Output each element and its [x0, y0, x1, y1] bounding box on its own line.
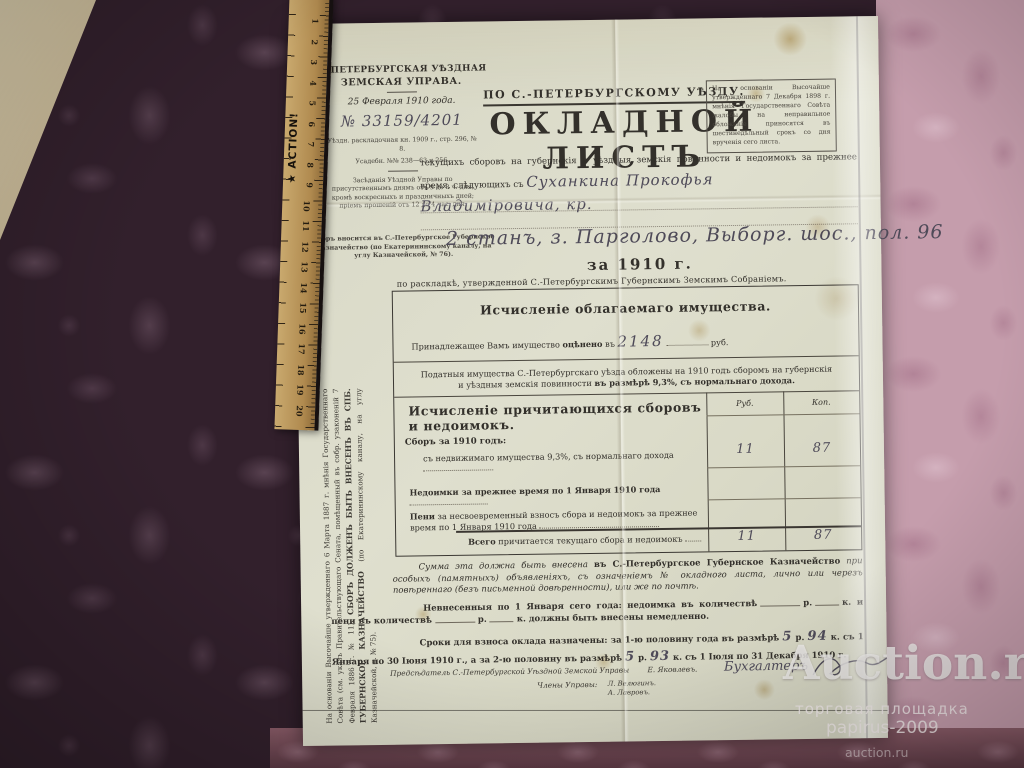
- dotted-leader: [685, 534, 701, 541]
- ruler-number: 1: [311, 18, 321, 24]
- assessment-rate-paragraph: Податныя имущества С.-Петербургскаго уѣз…: [419, 364, 834, 392]
- board-members-signature-line: Члены Управы: Л. Велюгинъ. А. Лавровъ.: [537, 679, 656, 698]
- total-kopecks: 87: [785, 527, 861, 543]
- ruler-number: 4: [309, 80, 319, 86]
- blank-field: [490, 614, 514, 622]
- ruler-number: 10: [301, 200, 311, 211]
- ruler-number: 18: [296, 364, 306, 375]
- property-value-handwritten: 2148: [617, 332, 663, 351]
- column-header-rubles: Руб.: [706, 398, 783, 408]
- ruler-number: 8: [306, 162, 316, 168]
- ruler-number: 9: [305, 182, 315, 188]
- total-row-label: Всего причитается текущаго сбора и недои…: [396, 533, 701, 547]
- blank-field: [815, 598, 839, 606]
- intro-paragraph: текущихъ сборовъ на губернскія и уѣздныя…: [420, 150, 858, 196]
- accountant-signature-flourish: [811, 652, 889, 681]
- dotted-leader: [423, 463, 493, 471]
- dues-row-current: съ недвижимаго имущества 9,3%, съ нормал…: [423, 449, 701, 473]
- ruler-brand: ★ ACTION!: [286, 112, 300, 184]
- photo-scene: С.-ПЕТЕРБУРГСКАЯ УѢЗДНАЯ ЗЕМСКАЯ УПРАВА.…: [0, 0, 1024, 768]
- first-half-kopecks-handwritten: 94: [807, 629, 827, 644]
- ruler-number: 14: [299, 282, 309, 293]
- rule: [394, 390, 859, 397]
- side-legal-note: На основаніи Высочайше утвержденнаго 6 М…: [320, 388, 371, 724]
- ruler-ticks-left: [274, 0, 296, 429]
- chairman-name: Е. Яковлевъ.: [647, 665, 697, 675]
- org-name-line1: С.-ПЕТЕРБУРГСКАЯ УѢЗДНАЯ: [309, 63, 494, 76]
- rule: [394, 355, 859, 362]
- divider: [386, 91, 416, 92]
- payer-patronymic-handwritten: Владиміровича, кр.: [420, 195, 592, 215]
- second-half-rubles-handwritten: 5: [625, 650, 635, 665]
- ruler-number: 5: [308, 100, 318, 106]
- dotted-leader: [410, 497, 488, 505]
- footer-block: Сумма эта должна быть внесена въ С.-Пете…: [331, 556, 864, 671]
- ruler-number: 11: [301, 220, 311, 231]
- member-name-2: А. Лавровъ.: [608, 688, 656, 698]
- current-dues-kopecks: 87: [784, 440, 860, 456]
- accountant-title-handwritten: Бухгалтеръ: [724, 658, 808, 674]
- payer-name-handwritten: Суханкина Прокофья: [526, 170, 713, 191]
- assessment-table: Исчисленіе облагаемаго имущества. Принад…: [392, 284, 863, 556]
- tax-assessment-sheet: С.-ПЕТЕРБУРГСКАЯ УѢЗДНАЯ ЗЕМСКАЯ УПРАВА.…: [293, 16, 888, 746]
- column-header-kopecks: Коп.: [783, 397, 859, 407]
- frame-corner: [0, 0, 110, 240]
- ruler-number: 12: [300, 241, 310, 252]
- ruler-number: 16: [297, 323, 307, 334]
- dotted-leader: [666, 338, 708, 346]
- ruler-number: 19: [295, 384, 305, 395]
- dues-group-label: Сборъ за 1910 годъ:: [405, 436, 506, 447]
- ruler-number: 2: [310, 39, 320, 45]
- fold-line: [303, 710, 888, 711]
- blank-field: [760, 598, 800, 606]
- side-note-anchor: На основаніи Высочайше утвержденнаго 6 М…: [325, 719, 661, 768]
- pink-floral-fabric: [876, 0, 1024, 768]
- ruler-number: 6: [307, 121, 317, 127]
- ruler-number: 7: [306, 141, 316, 147]
- ruler-number: 20: [294, 405, 304, 416]
- ruler-number: 3: [309, 59, 319, 65]
- property-section-title: Исчисленіе облагаемаго имущества.: [393, 297, 858, 318]
- divider: [388, 170, 418, 171]
- legal-note-box: На основаніи Высочайше утвержденнаго 7 Д…: [706, 79, 837, 154]
- ruler-number: 15: [298, 302, 308, 313]
- accountant-signature-block: Бухгалтеръ: [724, 652, 889, 682]
- dues-row-arrears: Недоимки за прежнее время по 1 Января 19…: [409, 483, 701, 507]
- dues-section-title: Исчисленіе причитающихся сборовъ и недои…: [408, 399, 703, 433]
- payment-instructions: Сумма эта должна быть внесена въ С.-Пете…: [393, 556, 863, 598]
- blank-field: [435, 615, 475, 623]
- second-half-kopecks-handwritten: 93: [650, 649, 670, 664]
- property-valuation-line: Принадлежащее Вамъ имущество оцѣнено въ …: [411, 330, 831, 354]
- first-half-rubles-handwritten: 5: [782, 630, 792, 645]
- ruler-number: 13: [299, 261, 309, 272]
- star-icon: ★: [286, 173, 298, 184]
- current-dues-rubles: 11: [707, 441, 784, 457]
- arrears-due-paragraph: Невнесенныя по 1 Января сего года: недои…: [331, 597, 863, 629]
- ruler-number: 17: [296, 343, 306, 354]
- total-rubles: 11: [708, 528, 785, 544]
- intro-block: текущихъ сборовъ на губернскія и уѣздныя…: [420, 150, 858, 230]
- dotted-leader: [539, 520, 659, 529]
